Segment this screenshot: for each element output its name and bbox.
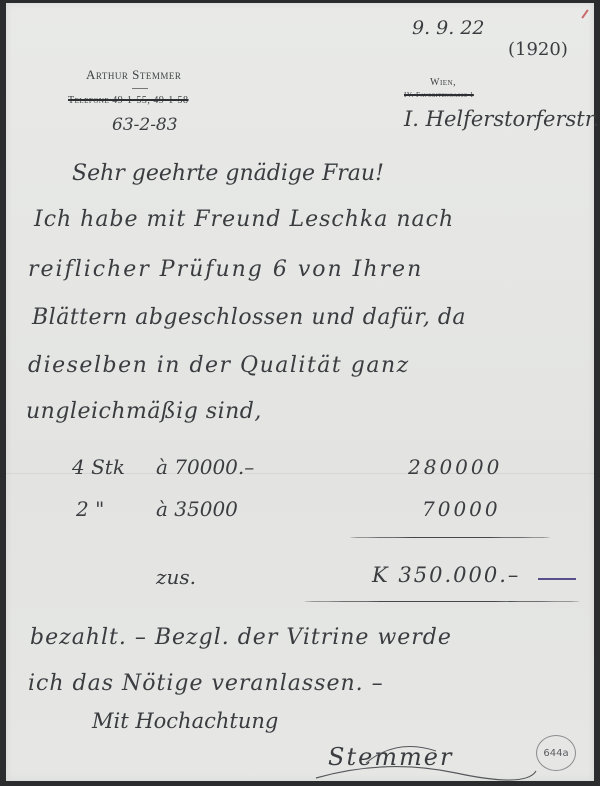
signature-flourish-icon [306,733,546,783]
sum-label: zus. [156,565,196,589]
letterhead-telephone-struck: Telefone 49-1-55, 49-1-58 [68,95,189,106]
pencil-tick-mark [581,9,588,18]
letterhead-city: Wien, [430,77,456,88]
sum-value: K 350.000.– [372,563,520,587]
calc-row-1-unit: à 70000.– [156,455,254,479]
handwritten-street-address: I. Helferstorferstr. 13 [404,107,600,131]
closing-line-1: bezahlt. – Bezgl. der Vitrine werde [30,625,452,650]
handwritten-telephone: 63-2-83 [112,115,178,135]
archive-stamp: 644a [536,735,576,771]
letterhead-sender-name: Arthur Stemmer [86,67,181,83]
valediction: Mit Hochachtung [92,709,278,733]
calc-row-2-qty: 2 " [76,497,104,521]
calc-row-2-unit: à 35000 [156,497,238,521]
handwritten-date: 9. 9. 22 [412,17,485,39]
body-line-5: ungleichmäßig sind, [26,399,262,424]
sum-purple-dash [538,578,576,580]
closing-line-2: ich das Nötige veranlassen. – [28,671,384,696]
letter-sheet: Arthur Stemmer Telefone 49-1-55, 49-1-58… [6,3,594,781]
body-line-4: dieselben in der Qualität ganz [28,353,410,378]
salutation: Sehr geehrte gnädige Frau! [72,161,384,186]
letterhead-divider [132,88,148,89]
body-line-3: Blättern abgeschlossen und dafür, da [32,305,466,330]
total-underline [304,601,580,602]
calc-row-2-total: 70000 [422,497,501,521]
letterhead-street-struck: IV. Favoritengasse 1 [404,91,474,99]
body-line-1: Ich habe mit Freund Leschka nach [34,207,454,232]
body-line-2: reiflicher Prüfung 6 von Ihren [28,257,423,282]
subtotal-underline [350,537,550,538]
calc-row-1-total: 280000 [408,455,502,479]
archivist-year-note: (1920) [508,39,568,60]
calc-row-1-qty: 4 Stk [72,455,125,479]
